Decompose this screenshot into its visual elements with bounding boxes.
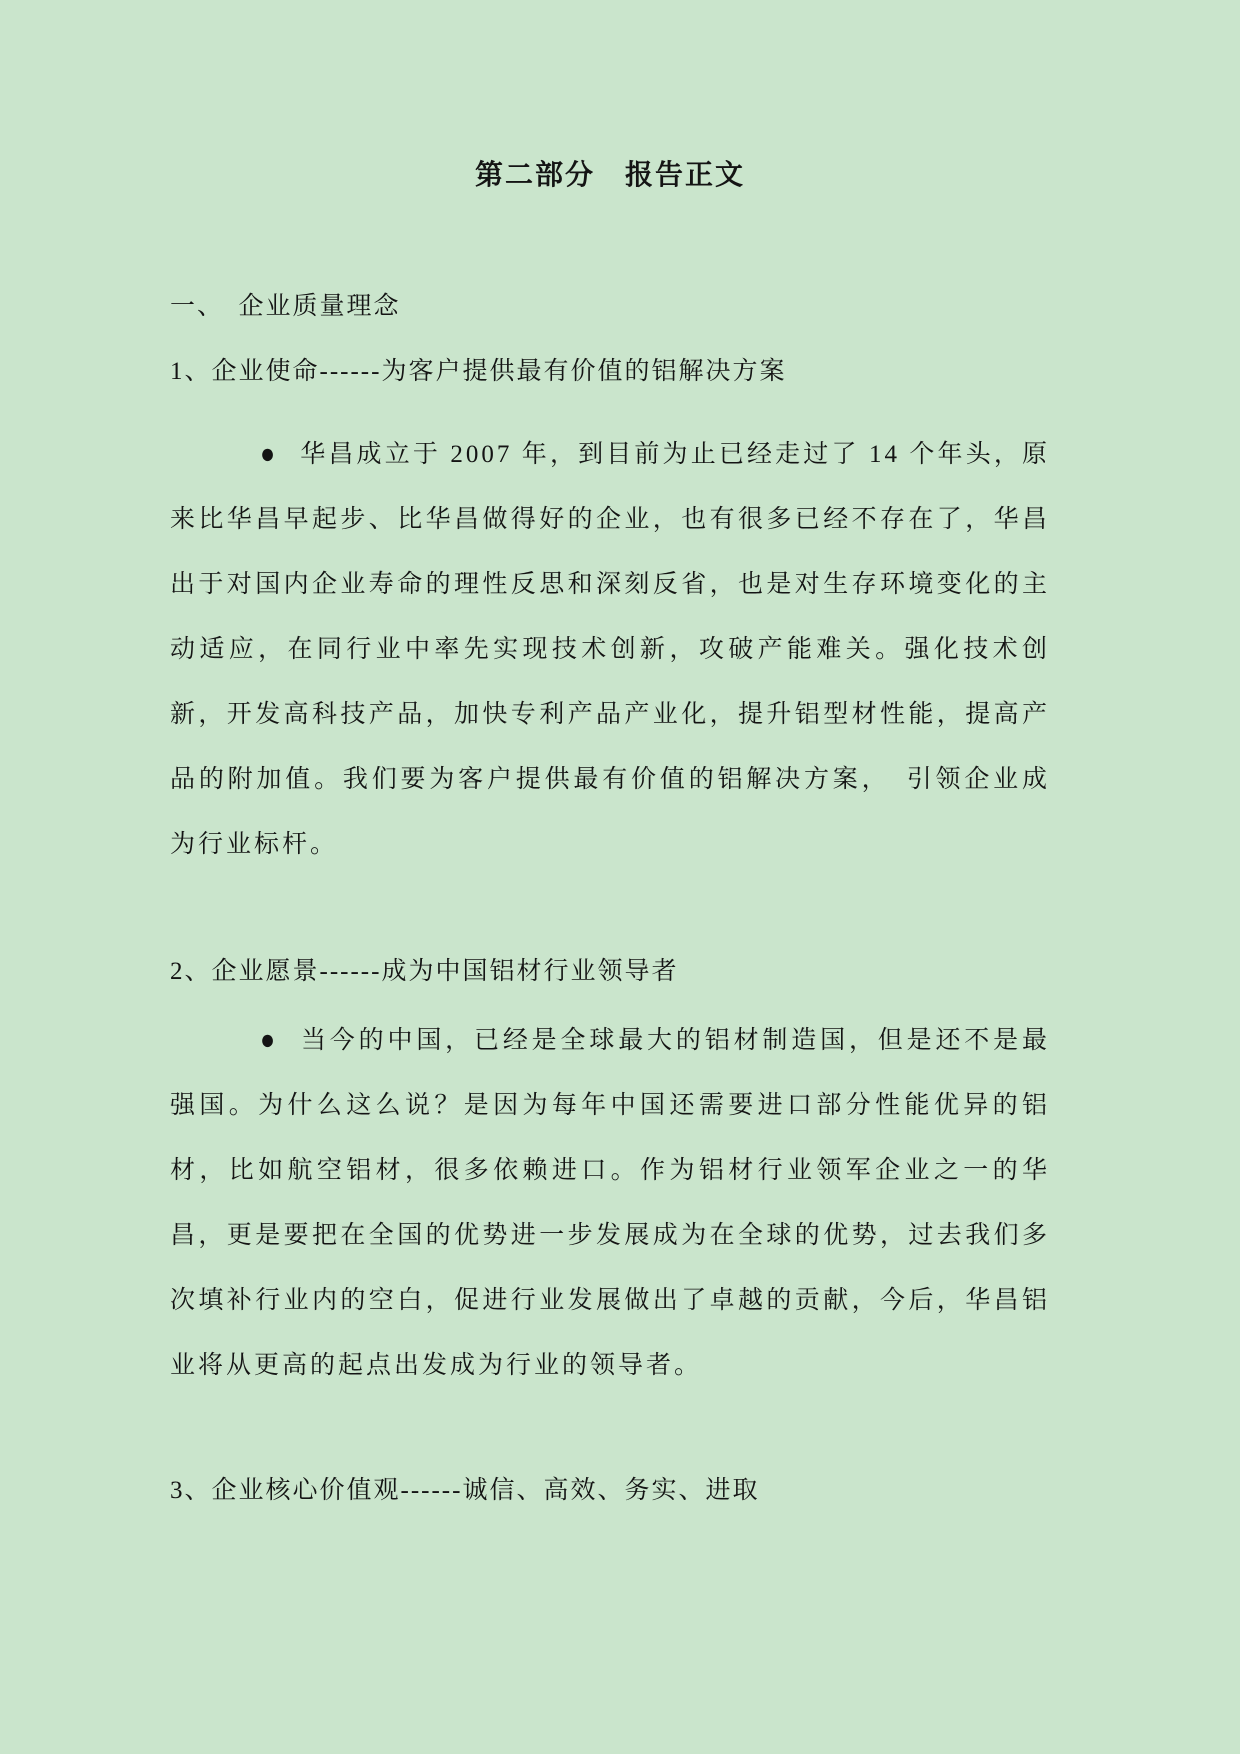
item-1-body-text: 华昌成立于 2007 年，到目前为止已经走过了 14 个年头，原来比华昌早起步、… — [170, 441, 1050, 858]
item-1-heading: 1、企业使命------为客户提供最有价值的铝解决方案 — [170, 339, 1050, 404]
bullet-icon: ● — [215, 417, 275, 492]
section-heading: 一、 企业质量理念 — [170, 274, 1050, 339]
item-2-paragraph: ●当今的中国，已经是全球最大的铝材制造国，但是还不是最强国。为什么这么说？是因为… — [170, 1008, 1050, 1398]
item-3-heading: 3、企业核心价值观------诚信、高效、务实、进取 — [170, 1458, 1050, 1523]
item-1-paragraph: ●华昌成立于 2007 年，到目前为止已经走过了 14 个年头，原来比华昌早起步… — [170, 422, 1050, 877]
document-page: 第二部分 报告正文 一、 企业质量理念 1、企业使命------为客户提供最有价… — [0, 0, 1240, 1754]
document-title: 第二部分 报告正文 — [170, 143, 1050, 208]
bullet-icon: ● — [215, 1003, 275, 1078]
item-2-heading: 2、企业愿景------成为中国铝材行业领导者 — [170, 939, 1050, 1004]
item-2-body-text: 当今的中国，已经是全球最大的铝材制造国，但是还不是最强国。为什么这么说？是因为每… — [170, 1027, 1050, 1379]
